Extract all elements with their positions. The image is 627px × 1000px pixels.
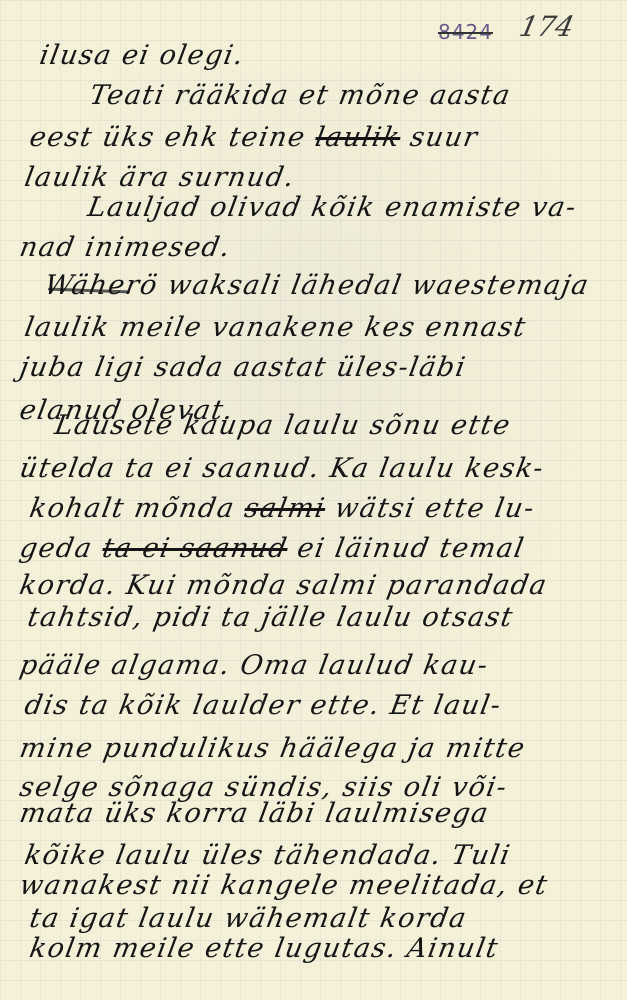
manuscript-line: geda ta ei saanud ei läinud temal: [17, 533, 527, 564]
manuscript-line: ilusa ei olegi.: [37, 40, 247, 71]
manuscript-line: ütelda ta ei saanud. Ka laulu kesk-: [17, 453, 547, 484]
manuscript-line: wanakest nii kangele meelitada, et: [17, 870, 550, 901]
manuscript-line: nad inimesed.: [17, 232, 233, 263]
manuscript-line: Teati rääkida et mõne aasta: [87, 80, 513, 111]
manuscript-line: Wäherö waksali lähedal waestemaja: [42, 270, 592, 301]
manuscript-line: eest üks ehk teine laulik suur: [27, 122, 481, 153]
manuscript-line: ta igat laulu wähemalt korda: [27, 903, 469, 934]
manuscript-line: Lauljad olivad kõik enamiste va-: [85, 192, 579, 223]
struck-out-word: laulik: [313, 122, 403, 153]
manuscript-page: 8424 174 ilusa ei olegi.Teati rääkida et…: [0, 0, 627, 1000]
struck-out-word: salmi: [242, 493, 328, 524]
manuscript-line: Lausete kaupa laulu sõnu ette: [52, 410, 513, 441]
manuscript-line: mata üks korra läbi laulmisega: [17, 798, 491, 829]
archive-stamp-number: 8424: [438, 20, 493, 44]
manuscript-line: juba ligi sada aastat üles-läbi: [17, 352, 468, 383]
manuscript-line: pääle algama. Oma laulud kau-: [17, 650, 491, 681]
manuscript-line: kõike laulu üles tähendada. Tuli: [22, 840, 513, 871]
manuscript-line: mine pundulikus häälega ja mitte: [17, 733, 528, 764]
struck-out-word: ta ei saanud: [100, 533, 290, 564]
folio-number: 174: [516, 10, 576, 43]
manuscript-line: dis ta kõik laulder ette. Et laul-: [22, 690, 504, 721]
manuscript-line: korda. Kui mõnda salmi parandada: [17, 570, 550, 601]
manuscript-line: laulik ära surnud.: [22, 162, 297, 193]
manuscript-line: tahtsid, pidi ta jälle laulu otsast: [25, 602, 516, 633]
manuscript-line: kolm meile ette lugutas. Ainult: [27, 933, 501, 964]
manuscript-line: kohalt mõnda salmi wätsi ette lu-: [27, 493, 537, 524]
manuscript-line: laulik meile vanakene kes ennast: [22, 312, 529, 343]
